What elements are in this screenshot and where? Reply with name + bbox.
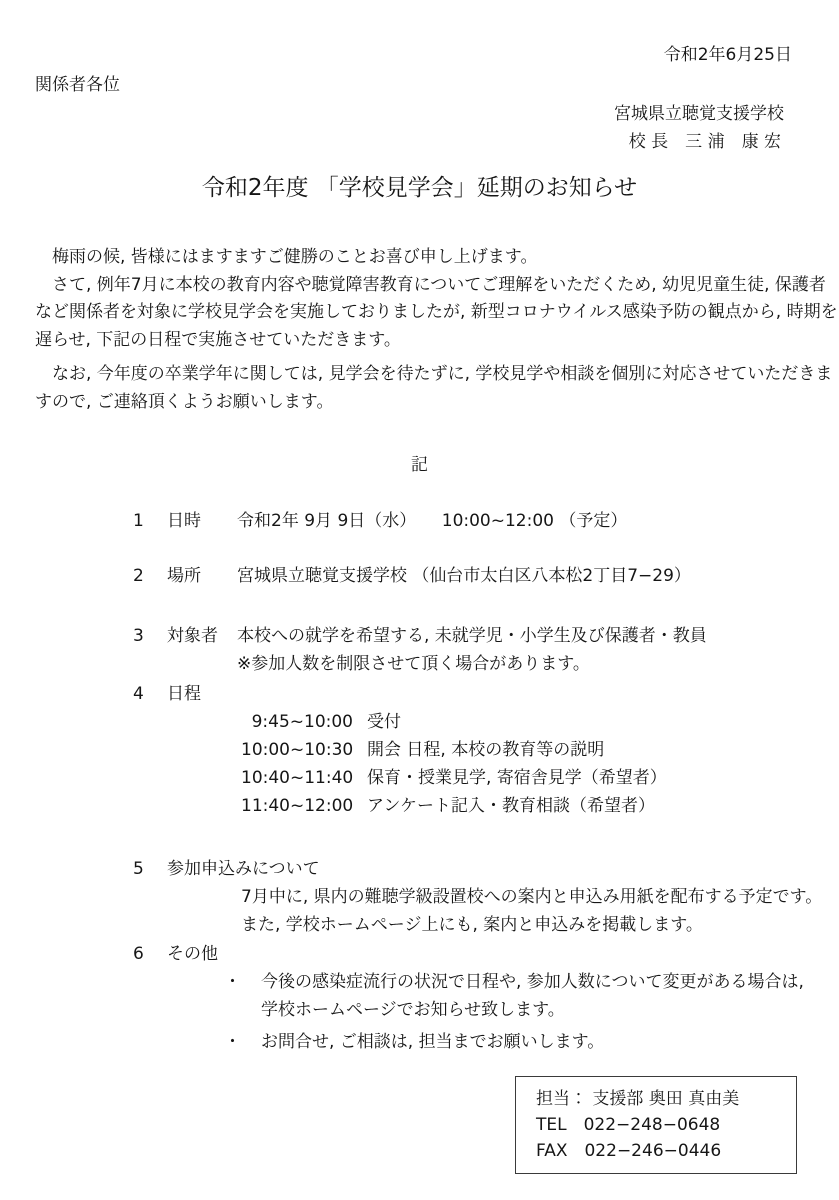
audience-note: ※参加人数を制限させて頂く場合があります。 [237, 650, 839, 678]
schedule-time: 9:45~10:00 [241, 708, 353, 736]
item-number: 2 [133, 562, 167, 590]
note-paragraph: なお, 今年度の卒業学年に関しては, 見学会を待たずに, 学校見学や相談を個別に… [35, 361, 809, 416]
bullet-line: 今後の感染症流行の状況で日程や, 参加人数について変更がある場合は, [261, 968, 804, 996]
document-title: 令和2年度 「学校見学会」延期のお知らせ [0, 173, 839, 203]
schedule-activity: アンケート記入・教育相談（希望者） [367, 792, 655, 820]
paragraph-line: 梅雨の候, 皆様にはますますご健勝のことお喜び申し上げます。 [35, 244, 809, 272]
list-item-place: 2 場所 宮城県立聴覚支援学校 （仙台市太白区八本松2丁目7−29） [133, 562, 839, 590]
list-item-application: 5 参加申込みについて [133, 855, 839, 883]
item-label: 日時 [167, 507, 237, 535]
main-paragraph: さて, 例年7月に本校の教育内容や聴覚障害教育についてご理解をいただくため, 幼… [35, 272, 809, 355]
sender-principal: 校 長 三 浦 康 宏 [0, 132, 839, 152]
application-line: また, 学校ホームページ上にも, 案内と申込みを掲載します。 [241, 911, 839, 939]
item-label: その他 [167, 940, 237, 968]
item-content: 宮城県立聴覚支援学校 （仙台市太白区八本松2丁目7−29） [237, 562, 691, 590]
bullet-line: 学校ホームページでお知らせ致します。 [261, 996, 804, 1024]
item-number: 3 [133, 622, 167, 650]
schedule-activity: 開会 日程, 本校の教育等の説明 [367, 736, 604, 764]
bullet-dot: ・ [224, 1028, 261, 1056]
schedule-row: 10:40~11:40 保育・授業見学, 寄宿舎見学（希望者） [241, 764, 839, 792]
bullet-text: お問合せ, ご相談は, 担当までお願いします。 [261, 1028, 604, 1056]
contact-tel: TEL 022−248−0648 [536, 1112, 786, 1138]
document-page: 令和2年6月25日 関係者各位 宮城県立聴覚支援学校 校 長 三 浦 康 宏 令… [0, 0, 839, 1200]
item-label: 対象者 [167, 622, 237, 650]
item-label: 場所 [167, 562, 237, 590]
schedule-row: 11:40~12:00 アンケート記入・教育相談（希望者） [241, 792, 839, 820]
list-item-audience: 3 対象者 本校への就学を希望する, 未就学児・小学生及び保護者・教員 [133, 622, 839, 650]
item-label: 日程 [167, 680, 237, 708]
paragraph-line: 遅らせ, 下記の日程で実施させていただきます。 [35, 327, 809, 355]
item-number: 1 [133, 507, 167, 535]
paragraph-line: さて, 例年7月に本校の教育内容や聴覚障害教育についてご理解をいただくため, 幼… [35, 272, 809, 300]
paragraph-line: なお, 今年度の卒業学年に関しては, 見学会を待たずに, 学校見学や相談を個別に… [35, 361, 809, 389]
list-item-datetime: 1 日時 令和2年 9月 9日（水） 10:00~12:00 （予定） [133, 507, 839, 535]
contact-person: 担当： 支援部 奥田 真由美 [536, 1086, 786, 1112]
bullet-text: 今後の感染症流行の状況で日程や, 参加人数について変更がある場合は, 学校ホーム… [261, 968, 804, 1024]
schedule-activity: 受付 [367, 708, 401, 736]
paragraph-line: など関係者を対象に学校見学会を実施しておりましたが, 新型コロナウイルス感染予防… [35, 299, 809, 327]
details-list: 1 日時 令和2年 9月 9日（水） 10:00~12:00 （予定） 2 場所… [133, 507, 839, 1056]
item-label: 参加申込みについて [167, 855, 320, 883]
list-item-schedule: 4 日程 [133, 680, 839, 708]
contact-box: 担当： 支援部 奥田 真由美 TEL 022−248−0648 FAX 022−… [515, 1076, 797, 1174]
body-text: 梅雨の候, 皆様にはますますご健勝のことお喜び申し上げます。 さて, 例年7月に… [35, 244, 809, 416]
recipient: 関係者各位 [35, 75, 839, 95]
sender-school: 宮城県立聴覚支援学校 [0, 104, 839, 124]
record-heading: 記 [0, 452, 839, 479]
item-number: 4 [133, 680, 167, 708]
issue-date: 令和2年6月25日 [0, 0, 839, 65]
greeting-paragraph: 梅雨の候, 皆様にはますますご健勝のことお喜び申し上げます。 [35, 244, 809, 272]
schedule-time: 10:40~11:40 [241, 764, 353, 792]
bullet-line: お問合せ, ご相談は, 担当までお願いします。 [261, 1028, 604, 1056]
item-number: 6 [133, 940, 167, 968]
schedule-row: 10:00~10:30 開会 日程, 本校の教育等の説明 [241, 736, 839, 764]
schedule-time: 10:00~10:30 [241, 736, 353, 764]
bullet-item: ・ お問合せ, ご相談は, 担当までお願いします。 [224, 1028, 839, 1056]
paragraph-line: すので, ご連絡頂くようお願いします。 [35, 389, 809, 417]
schedule-row: 9:45~10:00 受付 [241, 708, 839, 736]
item-content: 本校への就学を希望する, 未就学児・小学生及び保護者・教員 [237, 622, 707, 650]
application-line: 7月中に, 県内の難聴学級設置校への案内と申込み用紙を配布する予定です。 [241, 883, 839, 911]
schedule-activity: 保育・授業見学, 寄宿舎見学（希望者） [367, 764, 667, 792]
schedule-time: 11:40~12:00 [241, 792, 353, 820]
item-number: 5 [133, 855, 167, 883]
bullet-dot: ・ [224, 968, 261, 1024]
item-content: 令和2年 9月 9日（水） 10:00~12:00 （予定） [237, 507, 627, 535]
contact-fax: FAX 022−246−0446 [536, 1138, 786, 1164]
list-item-other: 6 その他 [133, 940, 839, 968]
bullet-item: ・ 今後の感染症流行の状況で日程や, 参加人数について変更がある場合は, 学校ホ… [224, 968, 839, 1024]
